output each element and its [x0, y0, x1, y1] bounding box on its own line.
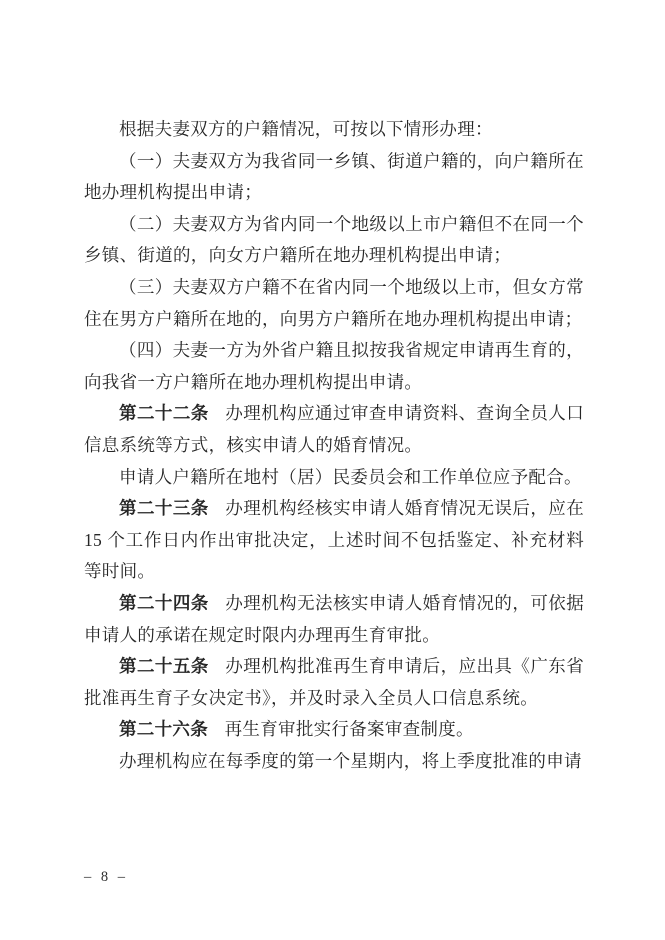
- paragraph: （二）夫妻双方为省内同一个地级以上市户籍但不在同一个乡镇、街道的，向女方户籍所在…: [84, 209, 584, 272]
- paragraph: 第二十四条办理机构无法核实申请人婚育情况的，可依据申请人的承诺在规定时限内办理再…: [84, 588, 584, 651]
- document-page: 根据夫妻双方的户籍情况，可按以下情形办理： （一）夫妻双方为我省同一乡镇、街道户…: [0, 0, 665, 940]
- page-number: – 8 –: [84, 869, 128, 886]
- paragraph: 第二十二条办理机构应通过审查申请资料、查询全员人口信息系统等方式，核实申请人的婚…: [84, 398, 584, 461]
- article-number: 第二十四条: [119, 593, 209, 613]
- article-number: 第二十六条: [119, 719, 208, 739]
- article-number: 第二十五条: [119, 656, 209, 676]
- paragraph: （四）夫妻一方为外省户籍且拟按我省规定申请再生育的，向我省一方户籍所在地办理机构…: [84, 335, 584, 398]
- paragraph: 根据夫妻双方的户籍情况，可按以下情形办理：: [84, 114, 584, 146]
- paragraph: （三）夫妻双方户籍不在省内同一个地级以上市，但女方常住在男方户籍所在地的，向男方…: [84, 272, 584, 335]
- article-number: 第二十二条: [119, 403, 209, 423]
- paragraph: 第二十五条办理机构批准再生育申请后，应出具《广东省批准再生育子女决定书》，并及时…: [84, 651, 584, 714]
- paragraph: （一）夫妻双方为我省同一乡镇、街道户籍的，向户籍所在地办理机构提出申请；: [84, 146, 584, 209]
- article-text: 再生育审批实行备案审查制度。: [225, 719, 474, 739]
- paragraph: 办理机构应在每季度的第一个星期内，将上季度批准的申请: [84, 746, 584, 778]
- paragraph: 第二十六条再生育审批实行备案审查制度。: [84, 714, 584, 746]
- body-text: 根据夫妻双方的户籍情况，可按以下情形办理： （一）夫妻双方为我省同一乡镇、街道户…: [84, 114, 584, 777]
- paragraph: 第二十三条办理机构经核实申请人婚育情况无误后，应在 15 个工作日内作出审批决定…: [84, 493, 584, 588]
- article-number: 第二十三条: [119, 498, 209, 518]
- paragraph: 申请人户籍所在地村（居）民委员会和工作单位应予配合。: [84, 462, 584, 494]
